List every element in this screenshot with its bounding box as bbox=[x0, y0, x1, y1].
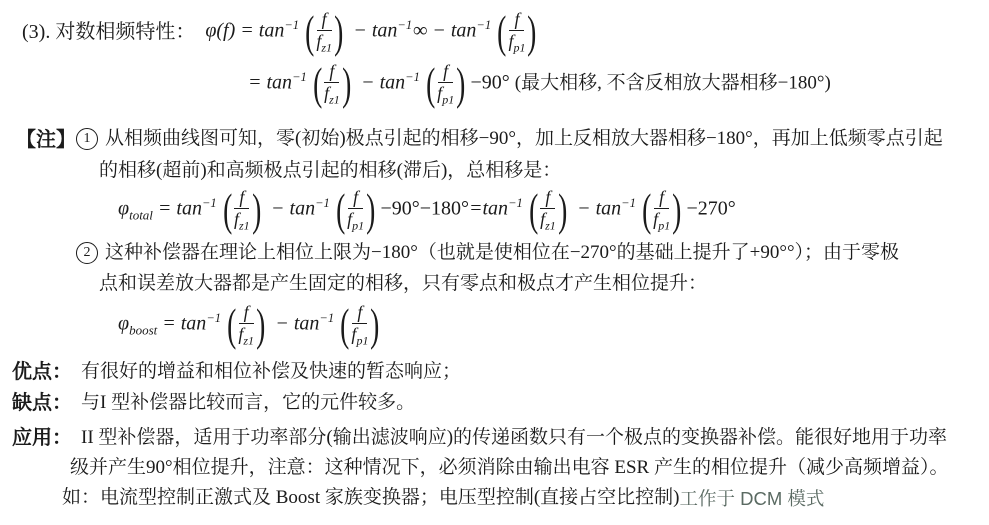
note-item-2-line-2: 点和误差放大器都是产生固定的相移，只有零点和极点才产生相位提升： bbox=[99, 271, 707, 297]
application-row-1: 应用： II 型补偿器，适用于功率部分(输出滤波响应)的传递函数只有一个极点的变… bbox=[12, 425, 947, 451]
pros-text: 有很好的增益和相位补偿及快速的暂态响应； bbox=[81, 359, 461, 385]
application-text-3: 如：电流型控制正激式及 Boost 家族变换器；电压型控制(直接占空比控制) bbox=[62, 485, 680, 511]
cons-row: 缺点： 与I 型补偿器比较而言，它的元件较多。 bbox=[12, 390, 415, 416]
phase-formula-row2: = tan−1(ffz1) − tan−1(ffp1)−90° (最大相移, 不… bbox=[248, 58, 831, 110]
note-item-1-text-1: 从相频曲线图可知，零(初始)极点引起的相移−90°，加上反相放大器相移−180°… bbox=[105, 126, 943, 152]
phi-boost-formula-row: φboost = tan−1(ffz1) − tan−1(ffp1) bbox=[118, 298, 385, 352]
phi-total-formula-row: φtotal = tan−1(ffz1) − tan−1(ffp1)−90°−1… bbox=[118, 184, 736, 236]
phi-boost-formula: φboost = tan−1(ffz1) − tan−1(ffp1) bbox=[118, 303, 385, 347]
application-text-1: II 型补偿器，适用于功率部分(输出滤波响应)的传递函数只有一个极点的变换器补偿… bbox=[81, 425, 947, 451]
circled-number-1: 1 bbox=[76, 128, 98, 150]
note-item-1-line-1: 1 从相频曲线图可知，零(初始)极点引起的相移−90°，加上反相放大器相移−18… bbox=[76, 126, 943, 152]
pros-row: 优点： 有很好的增益和相位补偿及快速的暂态响应； bbox=[12, 359, 461, 385]
cons-text: 与I 型补偿器比较而言，它的元件较多。 bbox=[81, 390, 415, 416]
circled-number-2: 2 bbox=[76, 242, 98, 264]
document-page: (3). 对数相频特性： φ(f) = tan−1(ffz1) − tan−1∞… bbox=[0, 0, 989, 525]
note-item-2-text-1: 这种补偿器在理论上相位上限为−180°（也就是使相位在−270°的基础上提升了+… bbox=[105, 240, 899, 266]
phase-formula-line1: φ(f) = tan−1(ffz1) − tan−1∞ − tan−1(ffp1… bbox=[205, 10, 541, 54]
phase-formula-line2: = tan−1(ffz1) − tan−1(ffp1)−90° (最大相移, 不… bbox=[248, 62, 831, 106]
cons-label: 缺点： bbox=[12, 390, 72, 416]
note-item-1-line-2: 的相移(超前)和高频极点引起的相移(滞后)，总相移是： bbox=[99, 158, 561, 184]
application-row-3: 如：电流型控制正激式及 Boost 家族变换器；电压型控制(直接占空比控制) 工… bbox=[62, 485, 824, 511]
application-text-2: 级并产生90°相位提升，注意：这种情况下，必须消除由输出电容 ESR 产生的相位… bbox=[70, 455, 948, 481]
application-text-3-light: 工作于 DCM 模式 bbox=[680, 485, 825, 511]
section-label: (3). 对数相频特性： bbox=[22, 19, 195, 45]
phase-characteristic-row: (3). 对数相频特性： φ(f) = tan−1(ffz1) − tan−1∞… bbox=[22, 6, 542, 58]
note-item-2-line-1: 2 这种补偿器在理论上相位上限为−180°（也就是使相位在−270°的基础上提升… bbox=[76, 240, 899, 266]
phi-total-formula: φtotal = tan−1(ffz1) − tan−1(ffp1)−90°−1… bbox=[118, 188, 736, 232]
application-label: 应用： bbox=[12, 425, 72, 451]
pros-label: 优点： bbox=[12, 359, 72, 385]
note-marker: 【注】 bbox=[16, 127, 76, 153]
